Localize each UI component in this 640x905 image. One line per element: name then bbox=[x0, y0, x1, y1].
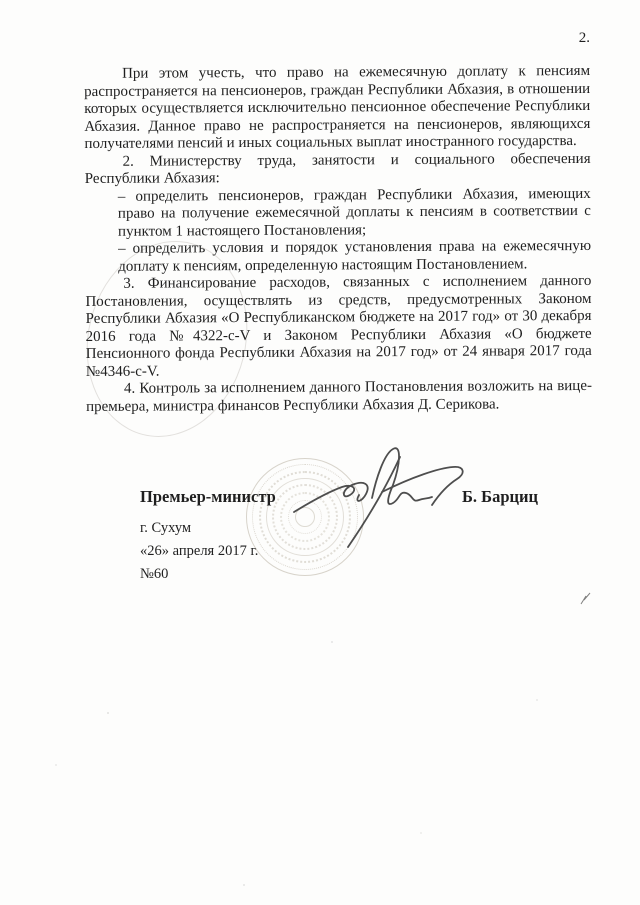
clause-2-subitem-1: – определить пенсионеров, граждан Респуб… bbox=[118, 185, 591, 240]
document-number-line: №60 bbox=[140, 566, 168, 583]
paragraph-clause-3: 3. Финансирование расходов, связанных с … bbox=[85, 273, 592, 381]
scan-noise-specks bbox=[107, 712, 109, 714]
document-page: 2. При этом учесть, что право на ежемеся… bbox=[0, 0, 640, 905]
date-line: «26» апреля 2017 г. bbox=[140, 543, 258, 560]
clause-2-subitem-2: – определить условия и порядок установле… bbox=[118, 238, 591, 276]
document-body: При этом учесть, что право на ежемесячну… bbox=[84, 63, 592, 416]
place-line: г. Сухум bbox=[140, 520, 191, 537]
paragraph-clause-2: 2. Министерству труда, занятости и социа… bbox=[85, 150, 591, 188]
handwritten-signature-icon bbox=[272, 441, 472, 553]
page-number: 2. bbox=[530, 30, 590, 47]
signatory-name: Б. Барциц bbox=[462, 487, 538, 507]
signatory-title: Премьер-министр bbox=[140, 487, 276, 507]
paragraph-intro: При этом учесть, что право на ежемесячну… bbox=[84, 63, 591, 154]
paragraph-clause-4: 4. Контроль за исполнением данного Поста… bbox=[86, 378, 592, 416]
pen-mark-icon bbox=[580, 592, 592, 606]
